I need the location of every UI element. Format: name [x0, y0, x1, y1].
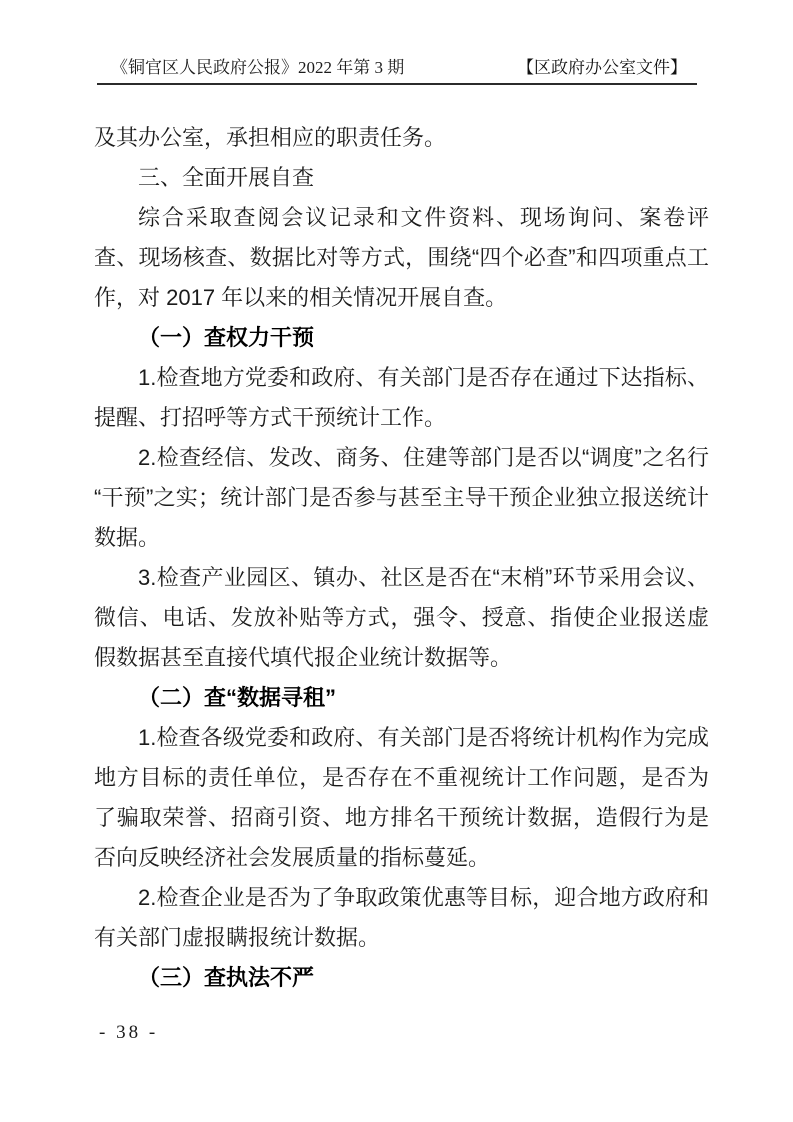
paragraph-item-1-3: 3.检查产业园区、镇办、社区是否在“末梢”环节采用会议、微信、电话、发放补贴等方…: [94, 558, 709, 678]
document-category-label: 【区政府办公室文件】: [517, 53, 697, 78]
paragraph-item-1-2: 2.检查经信、发改、商务、住建等部门是否以“调度”之名行“干预”之实；统计部门是…: [94, 438, 709, 558]
sub-heading-1-power-interference: （一）查权力干预: [94, 318, 709, 358]
paragraph-item-2-1: 1.检查各级党委和政府、有关部门是否将统计机构作为完成地方目标的责任单位，是否存…: [94, 718, 709, 878]
sub-heading-2-data-rent-seeking: （二）查“数据寻租”: [94, 678, 709, 718]
paragraph-item-1-1: 1.检查地方党委和政府、有关部门是否存在通过下达指标、提醒、打招呼等方式干预统计…: [94, 358, 709, 438]
paragraph-continuation: 及其办公室，承担相应的职责任务。: [94, 118, 709, 158]
gazette-page: 《铜官区人民政府公报》2022 年第 3 期 【区政府办公室文件】 及其办公室，…: [0, 0, 793, 1122]
page-header: 《铜官区人民政府公报》2022 年第 3 期 【区政府办公室文件】: [97, 52, 697, 85]
sub-heading-3-lax-enforcement: （三）查执法不严: [94, 958, 709, 998]
section-heading-3: 三、全面开展自查: [94, 158, 709, 198]
paragraph-self-inspection-intro: 综合采取查阅会议记录和文件资料、现场询问、案卷评查、现场核查、数据比对等方式，围…: [94, 198, 709, 318]
page-number: - 38 -: [99, 1022, 158, 1044]
document-body: 及其办公室，承担相应的职责任务。 三、全面开展自查 综合采取查阅会议记录和文件资…: [94, 118, 709, 998]
paragraph-item-2-2: 2.检查企业是否为了争取政策优惠等目标，迎合地方政府和有关部门虚报瞒报统计数据。: [94, 878, 709, 958]
gazette-title: 《铜官区人民政府公报》2022 年第 3 期: [97, 53, 404, 78]
